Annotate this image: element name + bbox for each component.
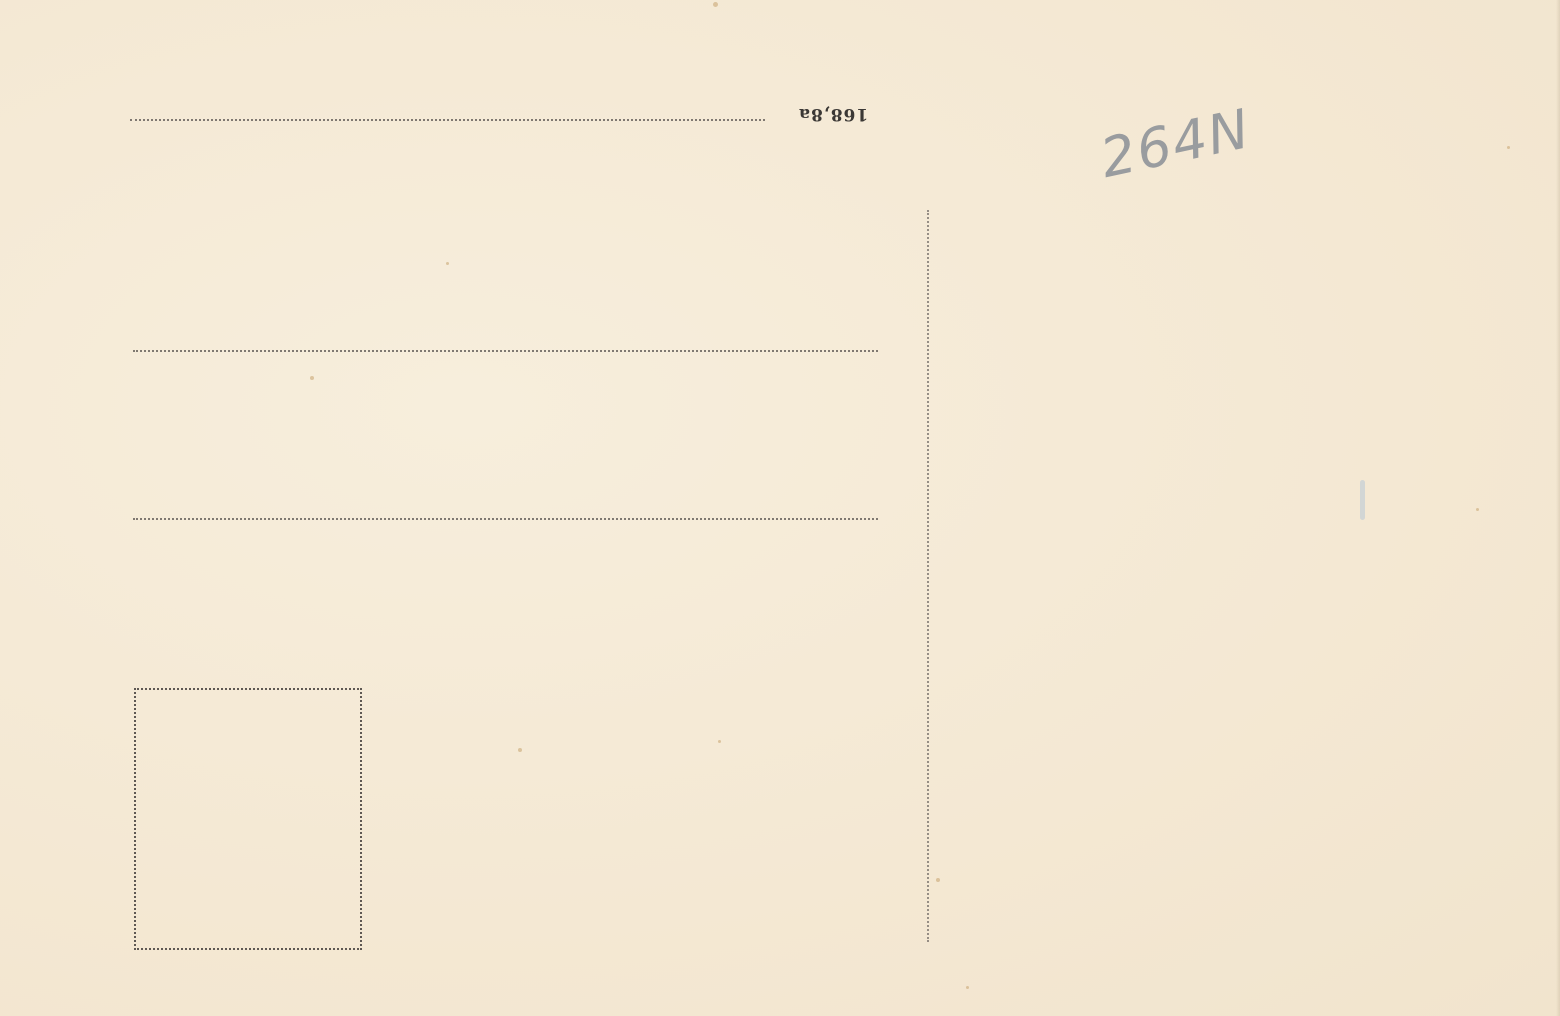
paper-speck bbox=[1476, 508, 1479, 511]
postcard-back: 168,8a 264N bbox=[0, 0, 1560, 1016]
center-divider bbox=[927, 210, 929, 942]
faint-blue-mark bbox=[1360, 480, 1365, 520]
paper-speck bbox=[310, 376, 314, 380]
printed-code: 168,8a bbox=[798, 104, 868, 124]
paper-speck bbox=[966, 986, 969, 989]
paper-speck bbox=[446, 262, 449, 265]
address-line-1 bbox=[130, 119, 765, 121]
paper-speck bbox=[718, 740, 721, 743]
address-line-2 bbox=[133, 350, 878, 352]
paper-speck bbox=[1507, 146, 1510, 149]
address-line-3 bbox=[133, 518, 878, 520]
handwritten-note: 264N bbox=[1095, 97, 1256, 190]
right-edge-shadow bbox=[1556, 0, 1560, 1016]
paper-speck bbox=[518, 748, 522, 752]
paper-speck bbox=[713, 2, 718, 7]
stamp-box bbox=[134, 688, 362, 950]
paper-speck bbox=[936, 878, 940, 882]
